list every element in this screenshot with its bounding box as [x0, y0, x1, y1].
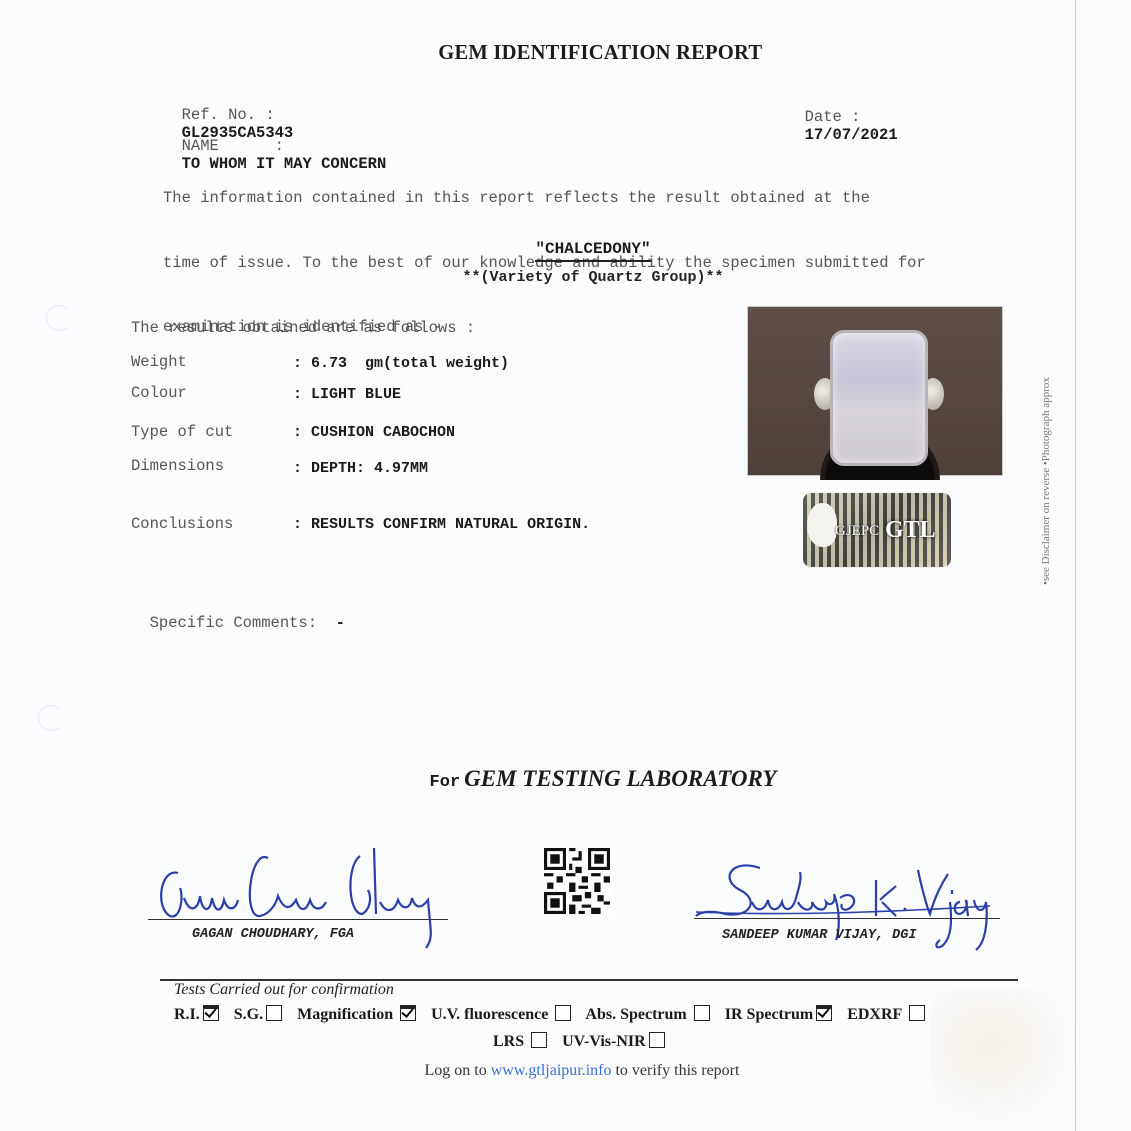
- label-conclusions: Conclusions: [131, 515, 233, 533]
- value-weight: : 6.73 gm(total weight): [293, 355, 509, 372]
- lab-name: GEM TESTING LABORATORY: [464, 766, 776, 791]
- value-cut: : CUSHION CABOCHON: [293, 424, 455, 441]
- security-hologram: GJEPC GTL: [803, 493, 951, 567]
- qr-code[interactable]: [543, 848, 611, 914]
- verify-prefix: Log on to: [425, 1062, 487, 1079]
- gem-identification: "CHALCEDONY": [0, 240, 1131, 258]
- test-sg: S.G.: [234, 1006, 285, 1023]
- test-lrs: LRS: [493, 1033, 550, 1050]
- paper-fold-line: [1075, 0, 1076, 1131]
- test-edxrf: EDXRF: [847, 1006, 928, 1023]
- for-label: For: [430, 773, 461, 792]
- checkbox-edxrf[interactable]: [909, 1005, 925, 1021]
- label-weight: Weight: [131, 353, 187, 371]
- hologram-text-gjepc: GJEPC: [835, 523, 879, 540]
- checkbox-uv-vis-nir[interactable]: [649, 1032, 665, 1048]
- test-uv-fluorescence: U.V. fluorescence: [431, 1006, 574, 1023]
- punch-hole-top: [46, 305, 72, 331]
- lab-signoff-heading: For GEM TESTING LABORATORY: [0, 766, 1131, 792]
- label-dimensions: Dimensions: [131, 457, 224, 475]
- checkbox-sg[interactable]: [266, 1005, 282, 1021]
- date-label: Date :: [805, 108, 861, 126]
- intro-line: The information contained in this report…: [163, 188, 926, 210]
- specific-comments: Specific Comments: -: [131, 596, 345, 632]
- results-heading: The results obtained are as follows :: [131, 319, 475, 337]
- test-uv-vis-nir: UV-Vis-NIR: [562, 1033, 668, 1050]
- date-value: 17/07/2021: [805, 126, 898, 144]
- checkbox-abs-spectrum[interactable]: [694, 1005, 710, 1021]
- verify-link[interactable]: www.gtljaipur.info: [491, 1062, 612, 1079]
- checkbox-ir-spectrum[interactable]: [816, 1005, 832, 1021]
- test-ir-spectrum: IR Spectrum: [725, 1006, 835, 1023]
- hologram-portrait-icon: [807, 503, 837, 547]
- tests-row-2: LRS UV-Vis-NIR: [493, 1032, 676, 1051]
- comments-value: -: [336, 614, 345, 632]
- test-abs-spectrum: Abs. Spectrum: [585, 1006, 712, 1023]
- verify-suffix: to verify this report: [615, 1062, 739, 1079]
- checkbox-lrs[interactable]: [531, 1032, 547, 1048]
- paper-smudge: [930, 990, 1080, 1130]
- checkbox-uv-fluorescence[interactable]: [555, 1005, 571, 1021]
- signature-right: [690, 850, 1010, 960]
- signature-line-left: [148, 919, 448, 920]
- signer-right-name: SANDEEP KUMAR VIJAY, DGI: [722, 928, 916, 943]
- checkbox-ri[interactable]: [203, 1005, 219, 1021]
- comments-label: Specific Comments:: [150, 614, 317, 632]
- label-colour: Colour: [131, 384, 187, 402]
- hologram-text-gtl: GTL: [885, 517, 936, 544]
- label-cut: Type of cut: [131, 423, 233, 441]
- signer-left-name: GAGAN CHOUDHARY, FGA: [192, 927, 354, 942]
- value-conclusions: : RESULTS CONFIRM NATURAL ORIGIN.: [293, 516, 590, 533]
- verify-line: Log on to www.gtljaipur.info to verify t…: [0, 1062, 1131, 1080]
- value-colour: : LIGHT BLUE: [293, 386, 401, 403]
- report-title: GEM IDENTIFICATION REPORT: [0, 40, 1131, 65]
- value-dimensions: : DEPTH: 4.97MM: [293, 460, 428, 477]
- gem-group: **(Variety of Quartz Group)**: [0, 269, 1131, 286]
- gem-photo: [747, 306, 1003, 476]
- date-line: Date : 17/07/2021: [786, 90, 898, 144]
- test-magnification: Magnification: [297, 1006, 419, 1023]
- tests-title: Tests Carried out for confirmation: [174, 981, 394, 999]
- punch-hole-bottom: [38, 705, 64, 731]
- tests-row-1: R.I. S.G. Magnification U.V. fluorescenc…: [174, 1005, 936, 1024]
- signature-line-right: [694, 918, 1000, 919]
- test-ri: R.I.: [174, 1006, 222, 1023]
- checkbox-magnification[interactable]: [400, 1005, 416, 1021]
- disclaimer-side-note: •see Disclaimer on reverse •Photograph a…: [1040, 377, 1052, 585]
- cabochon-stone: [830, 330, 928, 466]
